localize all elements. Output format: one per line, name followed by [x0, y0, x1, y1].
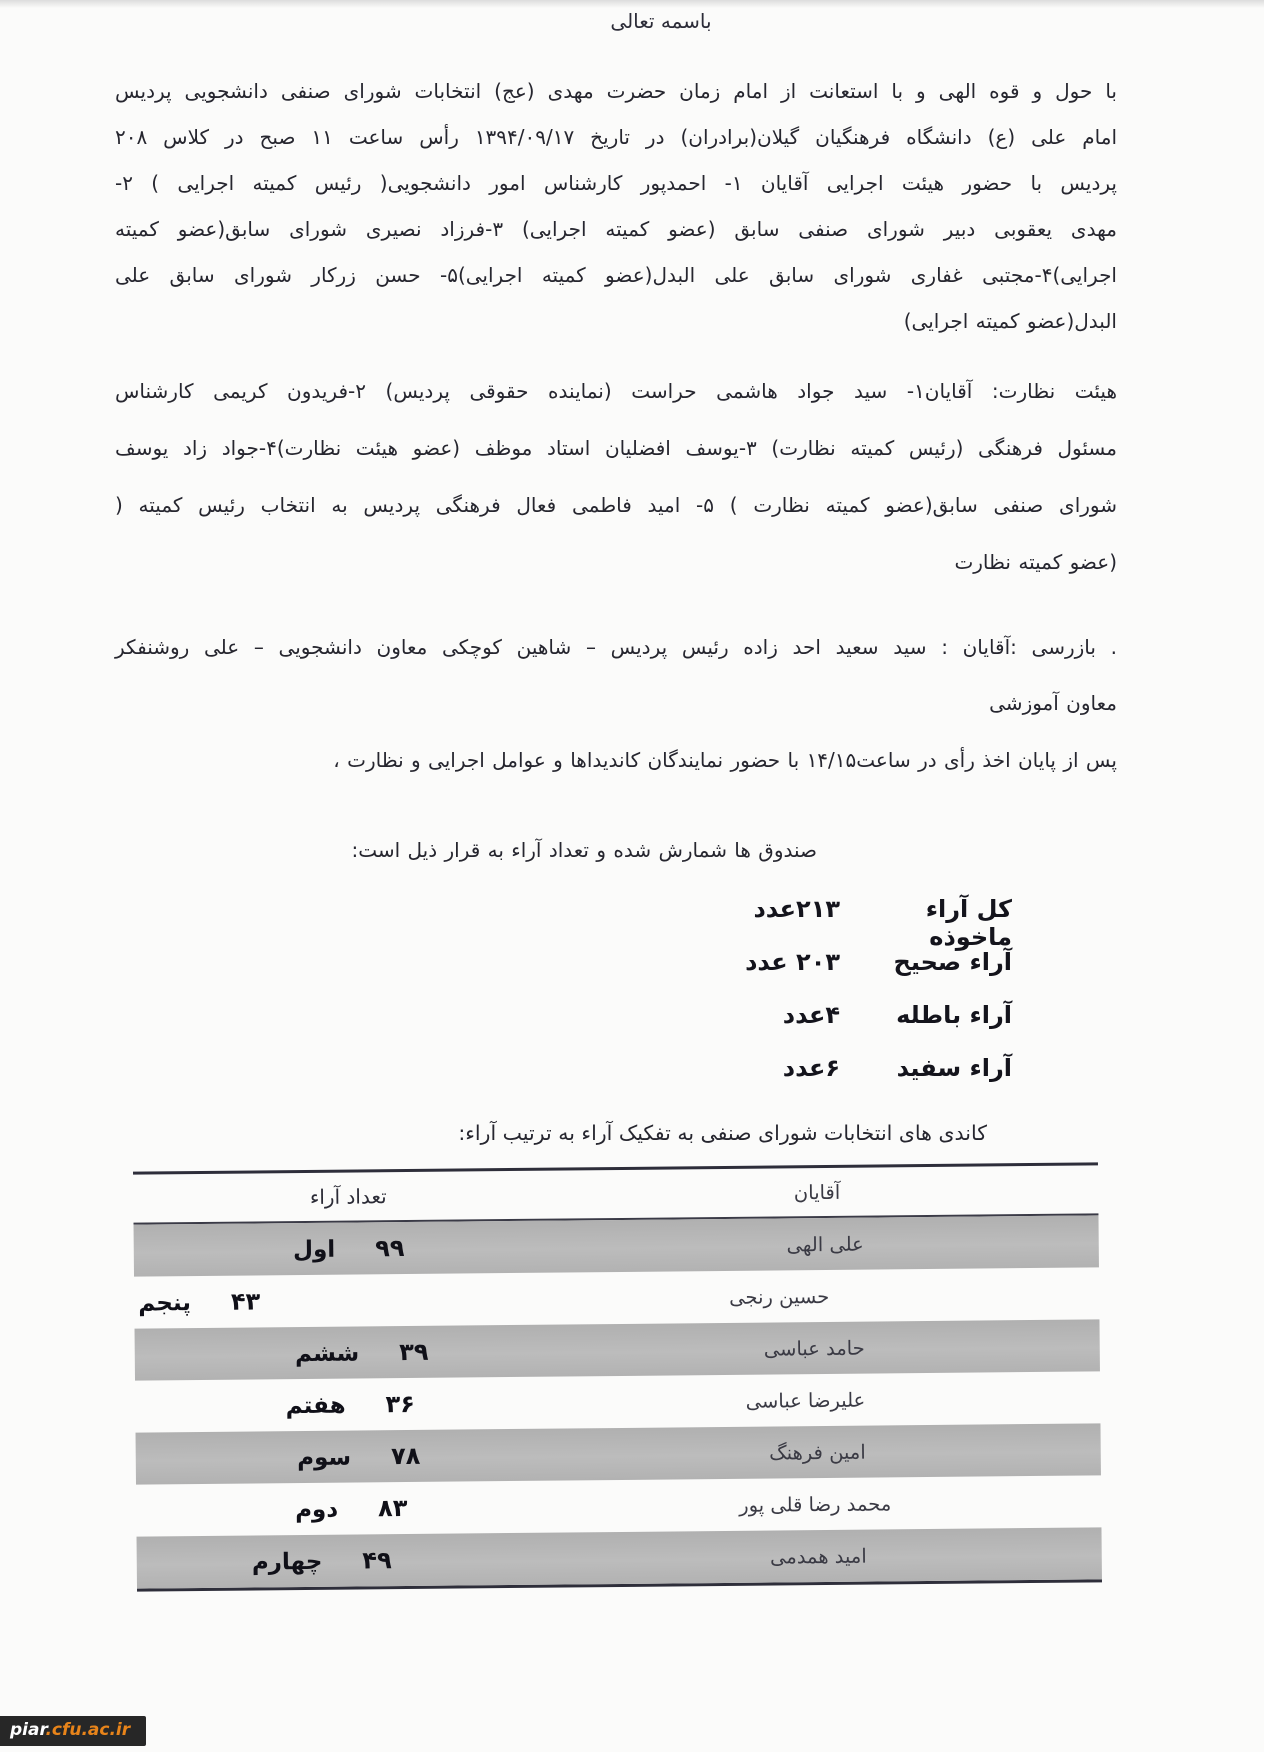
- vote-count: ۳۹: [399, 1338, 429, 1366]
- vote-summary-label: کل آراء ماخوذه: [840, 895, 1012, 951]
- candidate-name: امین فرهنگ: [666, 1438, 1101, 1465]
- candidate-name: علیرضا عباسی: [665, 1386, 1100, 1413]
- candidate-row: علی الهی ۹۹ اول: [134, 1215, 1099, 1276]
- vote-summary-value: ۶عدد: [640, 1054, 840, 1082]
- candidate-row: محمد رضا قلی پور ۸۳ دوم: [136, 1475, 1101, 1536]
- page-title: باسمه تعالی: [160, 7, 1162, 35]
- vote-summary-value: ۴عدد: [640, 1001, 840, 1029]
- results-table: آقایان تعداد آراء علی الهی ۹۹ اول حسین ر…: [133, 1162, 1102, 1591]
- vote-rank: پنجم: [138, 1290, 191, 1317]
- vote-summary-value: ۲۰۳ عدد: [640, 948, 840, 976]
- paragraph-line: اجرایی)۴-مجتبی غفاری شورای سابق علی البد…: [115, 252, 1117, 298]
- scanned-election-report-page: { "document": { "title": "باسمه تعالی", …: [0, 0, 1264, 1752]
- vote-count: ۴۹: [362, 1546, 392, 1574]
- candidate-votes-cell: ۷۸ سوم: [144, 1439, 674, 1472]
- paragraph-line: پس از پایان اخذ رأی در ساعت۱۴/۱۵ با حضور…: [115, 737, 1117, 783]
- candidate-votes-cell: ۸۳ دوم: [136, 1492, 666, 1525]
- results-caption: کاندی های انتخابات شورای صنفی به تفکیک آ…: [115, 1113, 1117, 1153]
- table-rows: علی الهی ۹۹ اول حسین رنجی ۴۳ پنجم حامد: [134, 1215, 1102, 1588]
- watermark: piar.cfu.ac.ir: [0, 1716, 146, 1746]
- header-candidates: آقایان: [593, 1178, 1098, 1206]
- body-paragraph-polling-close: پس از پایان اخذ رأی در ساعت۱۴/۱۵ با حضور…: [115, 737, 1117, 783]
- candidate-votes-cell: ۴۹ چهارم: [107, 1544, 637, 1577]
- body-paragraph-inspectors: . بازرسی :آقایان : سید سعید احد زاده رئی…: [115, 619, 1117, 731]
- vote-summary-row: آراء صحیح ۲۰۳ عدد: [620, 948, 1012, 1001]
- table-header-row: آقایان تعداد آراء: [133, 1165, 1098, 1224]
- vote-summary-row: کل آراء ماخوذه ۲۱۳عدد: [620, 895, 1012, 948]
- paragraph-line: البدل(عضو کمیته اجرایی): [115, 298, 1117, 344]
- vote-rank: سوم: [297, 1445, 351, 1472]
- vote-summary-row: آراء باطله ۴عدد: [620, 1001, 1012, 1054]
- vote-summary-label: آراء باطله: [840, 1001, 1012, 1029]
- candidate-name: حسین رنجی: [629, 1282, 1064, 1309]
- paragraph-line: . بازرسی :آقایان : سید سعید احد زاده رئی…: [115, 619, 1117, 675]
- watermark-site-domain: .cfu.ac.ir: [45, 1720, 130, 1740]
- vote-summary-row: آراء سفید ۶عدد: [620, 1054, 1012, 1107]
- candidate-name: محمد رضا قلی پور: [691, 1490, 1126, 1517]
- candidate-votes-cell: ۹۹ اول: [134, 1232, 664, 1265]
- paragraph-line: معاون آموزشی: [115, 675, 1117, 731]
- vote-count: ۸۳: [378, 1494, 408, 1522]
- paragraph-line: با حول و قوه الهی و با استعانت از امام ز…: [115, 68, 1117, 114]
- vote-rank: دوم: [295, 1497, 338, 1523]
- candidate-row: امین فرهنگ ۷۸ سوم: [136, 1423, 1101, 1484]
- vote-rank: هفتم: [286, 1393, 346, 1420]
- body-paragraph-executive-committee: با حول و قوه الهی و با استعانت از امام ز…: [115, 68, 1117, 344]
- vote-count: ۳۶: [385, 1390, 415, 1418]
- paragraph-line: امام علی (ع) دانشگاه فرهنگیان گیلان(براد…: [115, 114, 1117, 160]
- vote-count: ۴۳: [231, 1287, 261, 1315]
- document-body: باسمه تعالی با حول و قوه الهی و با استعا…: [115, 0, 1117, 1587]
- body-paragraph-supervision-committee: هیئت نظارت: آقایان۱- سید جواد هاشمی حراس…: [115, 363, 1117, 591]
- candidate-row: علیرضا عباسی ۳۶ هفتم: [135, 1371, 1100, 1432]
- candidate-votes-cell: ۳۹ ششم: [147, 1335, 677, 1368]
- candidate-votes-cell: ۳۶ هفتم: [135, 1388, 665, 1421]
- paragraph-line: مسئول فرهنگی (رئیس کمیته نظارت) ۳-یوسف ا…: [115, 420, 1117, 477]
- paragraph-line: هیئت نظارت: آقایان۱- سید جواد هاشمی حراس…: [115, 363, 1117, 420]
- candidate-name: امید همدمی: [667, 1542, 1102, 1569]
- paragraph-line: صندوق ها شمارش شده و تعداد آراء به قرار …: [275, 827, 817, 873]
- candidate-votes-cell: ۴۳ پنجم: [0, 1285, 514, 1318]
- candidate-name: حامد عباسی: [665, 1334, 1100, 1361]
- vote-summary-label: آراء صحیح: [840, 948, 1012, 976]
- vote-rank: اول: [293, 1237, 335, 1263]
- paragraph-line: شورای صنفی سابق(عضو کمیته نظارت ) ۵- امی…: [115, 477, 1117, 534]
- candidate-row: حامد عباسی ۳۹ ششم: [135, 1319, 1100, 1380]
- vote-summary-value: ۲۱۳عدد: [640, 895, 840, 923]
- candidate-row: امید همدمی ۴۹ چهارم: [137, 1527, 1102, 1588]
- paragraph-line: (عضو کمیته نظارت: [115, 534, 1117, 591]
- watermark-site-name: piar: [10, 1720, 45, 1740]
- vote-summary: کل آراء ماخوذه ۲۱۳عدد آراء صحیح ۲۰۳ عدد …: [620, 895, 1012, 1107]
- body-paragraph-count-intro: صندوق ها شمارش شده و تعداد آراء به قرار …: [115, 827, 1117, 873]
- vote-summary-label: آراء سفید: [840, 1054, 1012, 1082]
- vote-count: ۹۹: [375, 1234, 405, 1262]
- paragraph-line: پردیس با حضور هیئت اجرایی آقایان ۱- احمد…: [115, 160, 1117, 206]
- paragraph-line: مهدی یعقوبی دبیر شورای صنفی سابق (عضو کم…: [115, 206, 1117, 252]
- vote-rank: ششم: [295, 1340, 359, 1367]
- header-votes: تعداد آراء: [133, 1182, 593, 1210]
- vote-rank: چهارم: [252, 1549, 323, 1576]
- candidate-row: حسین رنجی ۴۳ پنجم: [134, 1267, 1099, 1328]
- vote-count: ۷۸: [391, 1442, 421, 1470]
- candidate-name: علی الهی: [664, 1230, 1099, 1257]
